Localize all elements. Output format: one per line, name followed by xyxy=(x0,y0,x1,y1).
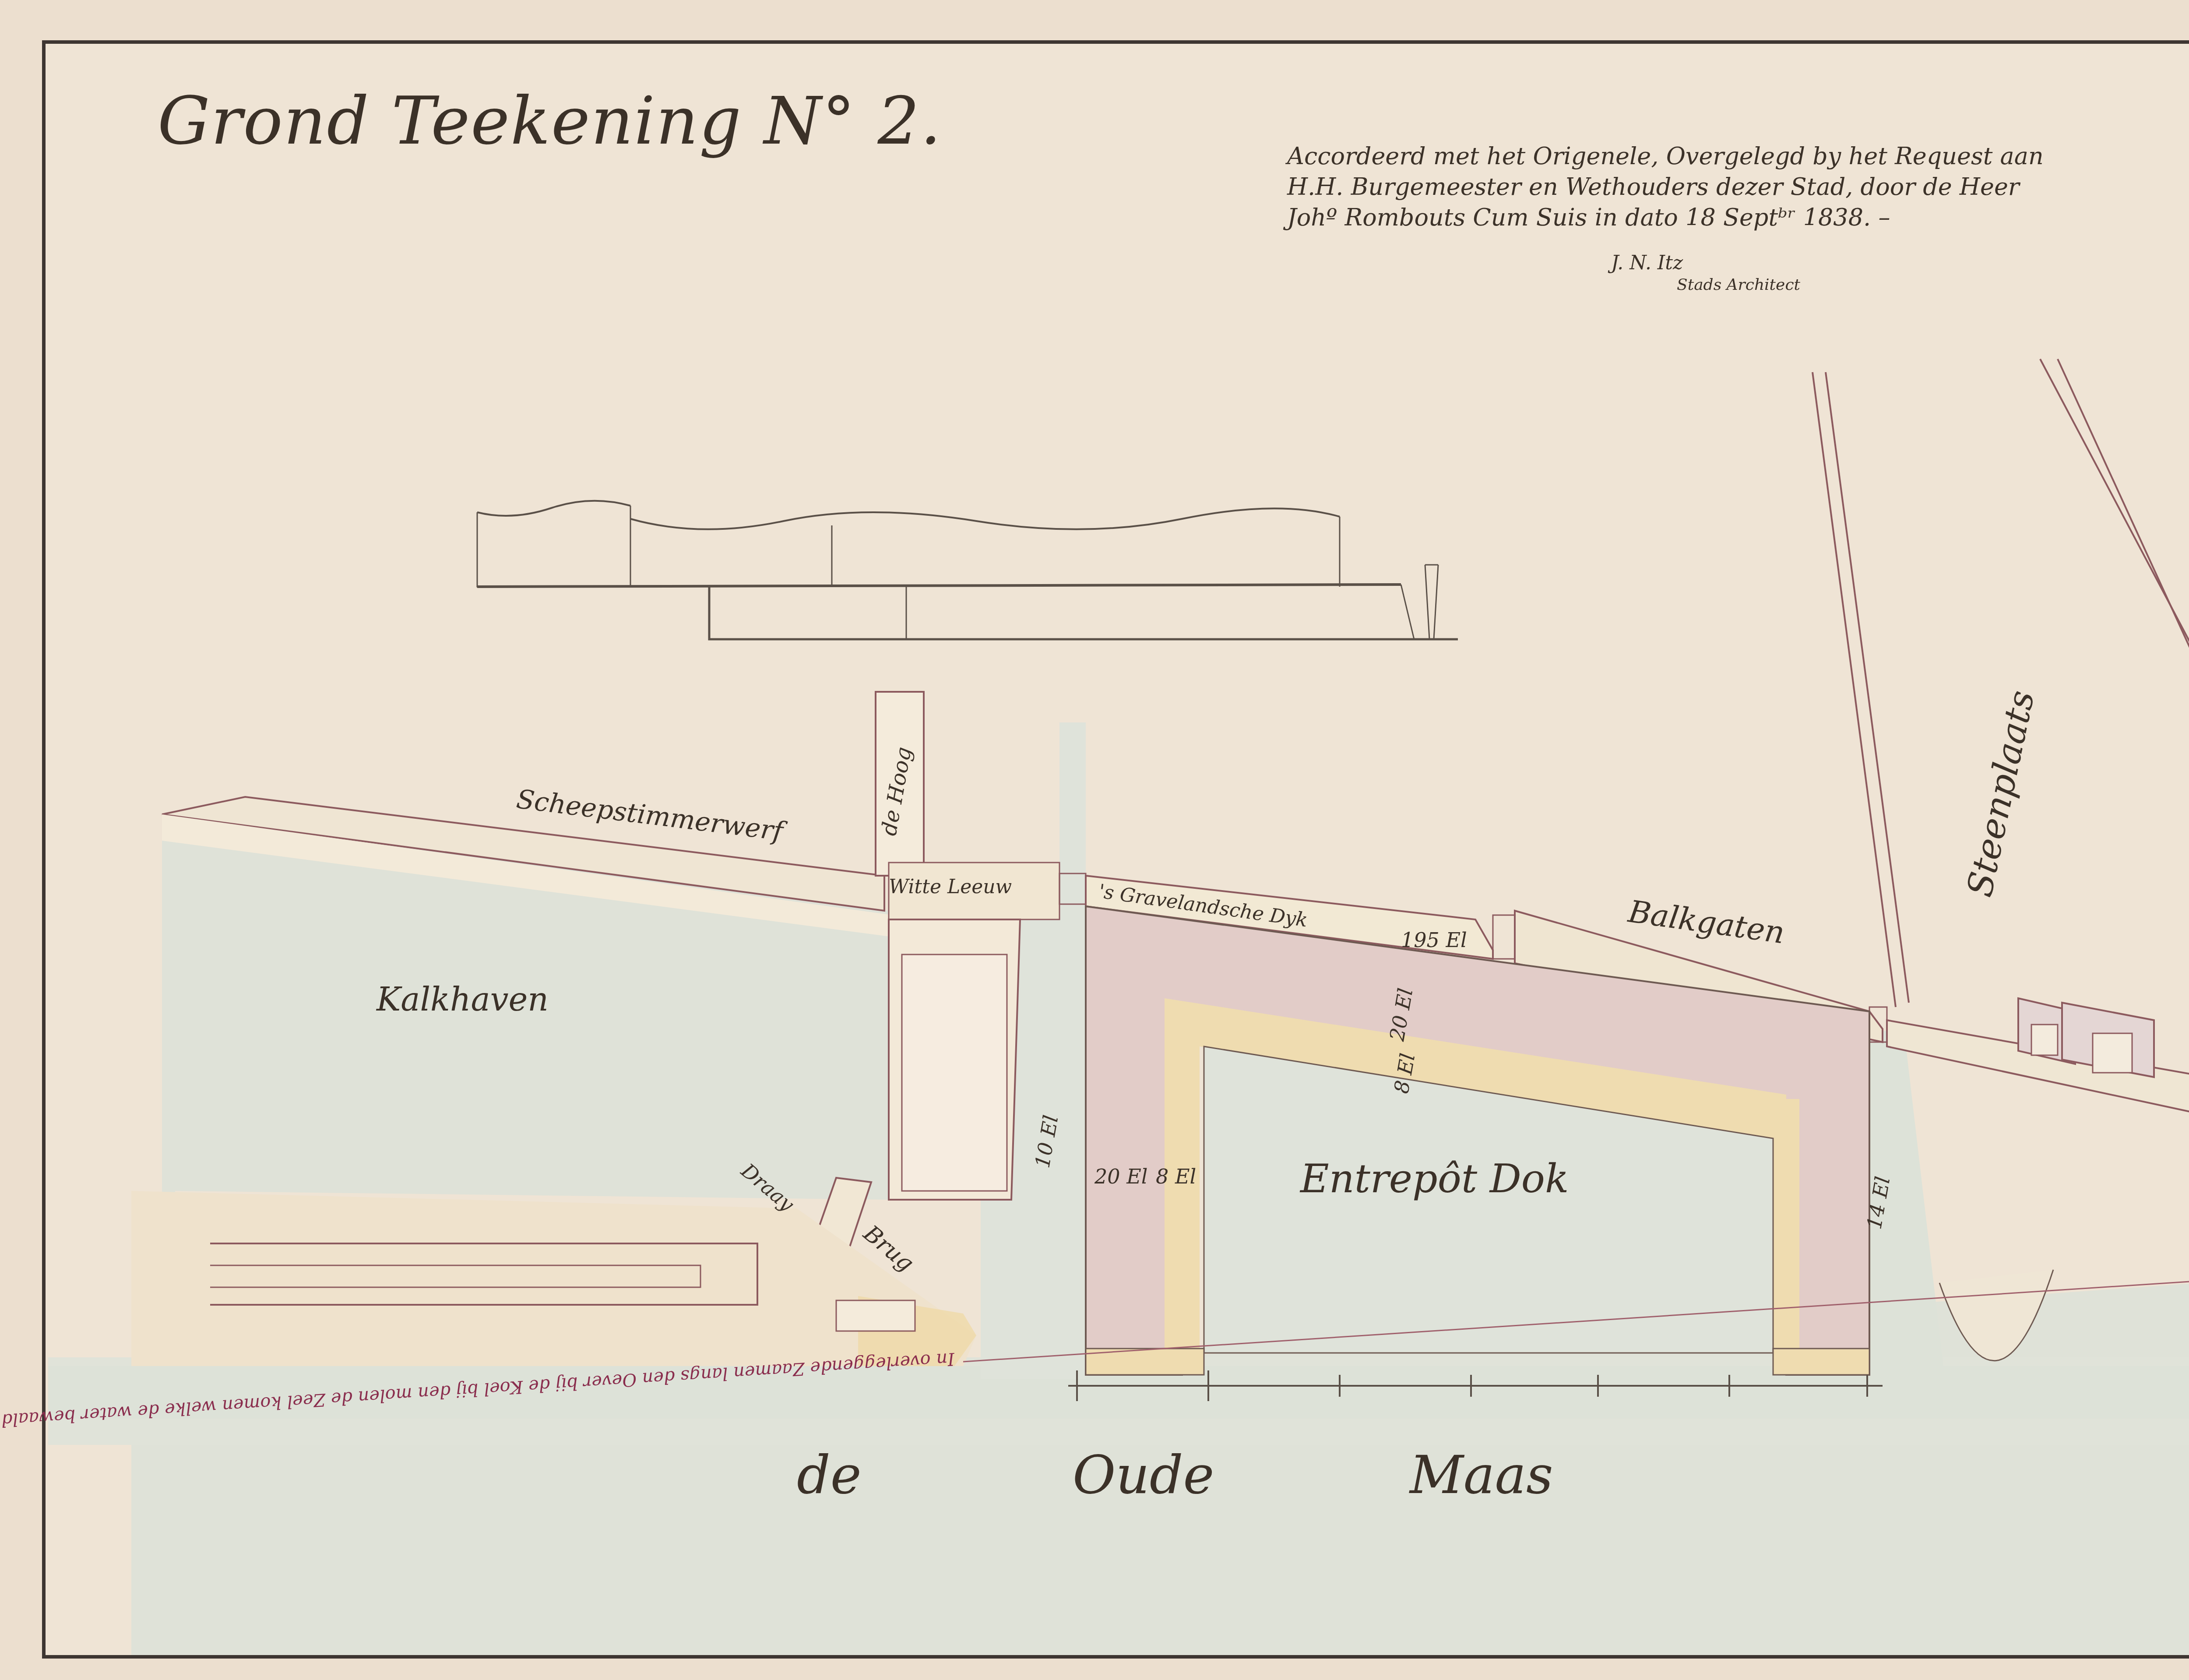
signature: J. N. Itz xyxy=(1611,252,1683,274)
label-river-oude: Oude xyxy=(1073,1445,1214,1506)
signature-title: Stads Architect xyxy=(1677,276,1800,294)
measure-20-el-left: 20 El xyxy=(1094,1165,1147,1188)
label-river-maas: Maas xyxy=(1410,1445,1553,1506)
map-sheet: Grond Teekening N° 2. N° 2 Accordeerd me… xyxy=(0,0,2189,1680)
measure-8-el-left: 8 El xyxy=(1156,1165,1196,1188)
elevation-profile xyxy=(477,501,1458,639)
certification-line-3: Johº Rombouts Cum Suis in dato 18 Septᵇʳ… xyxy=(1287,206,1890,229)
label-river-de: de xyxy=(797,1445,862,1506)
label-entrepot-dok: Entrepôt Dok xyxy=(1300,1156,1569,1202)
certification-line-1: Accordeerd met het Origenele, Overgelegd… xyxy=(1287,144,2044,168)
measure-195-el: 195 El xyxy=(1401,928,1467,952)
map-drawing xyxy=(0,0,2189,1680)
steenplaats-line-1 xyxy=(1812,372,1896,1007)
certification-line-2: H.H. Burgemeester en Wethouders dezer St… xyxy=(1287,175,2020,199)
label-witte-leeuw: Witte Leeuw xyxy=(889,876,1012,898)
label-kalkhaven: Kalkhaven xyxy=(377,981,549,1018)
map-title: Grond Teekening N° 2. xyxy=(158,83,942,159)
